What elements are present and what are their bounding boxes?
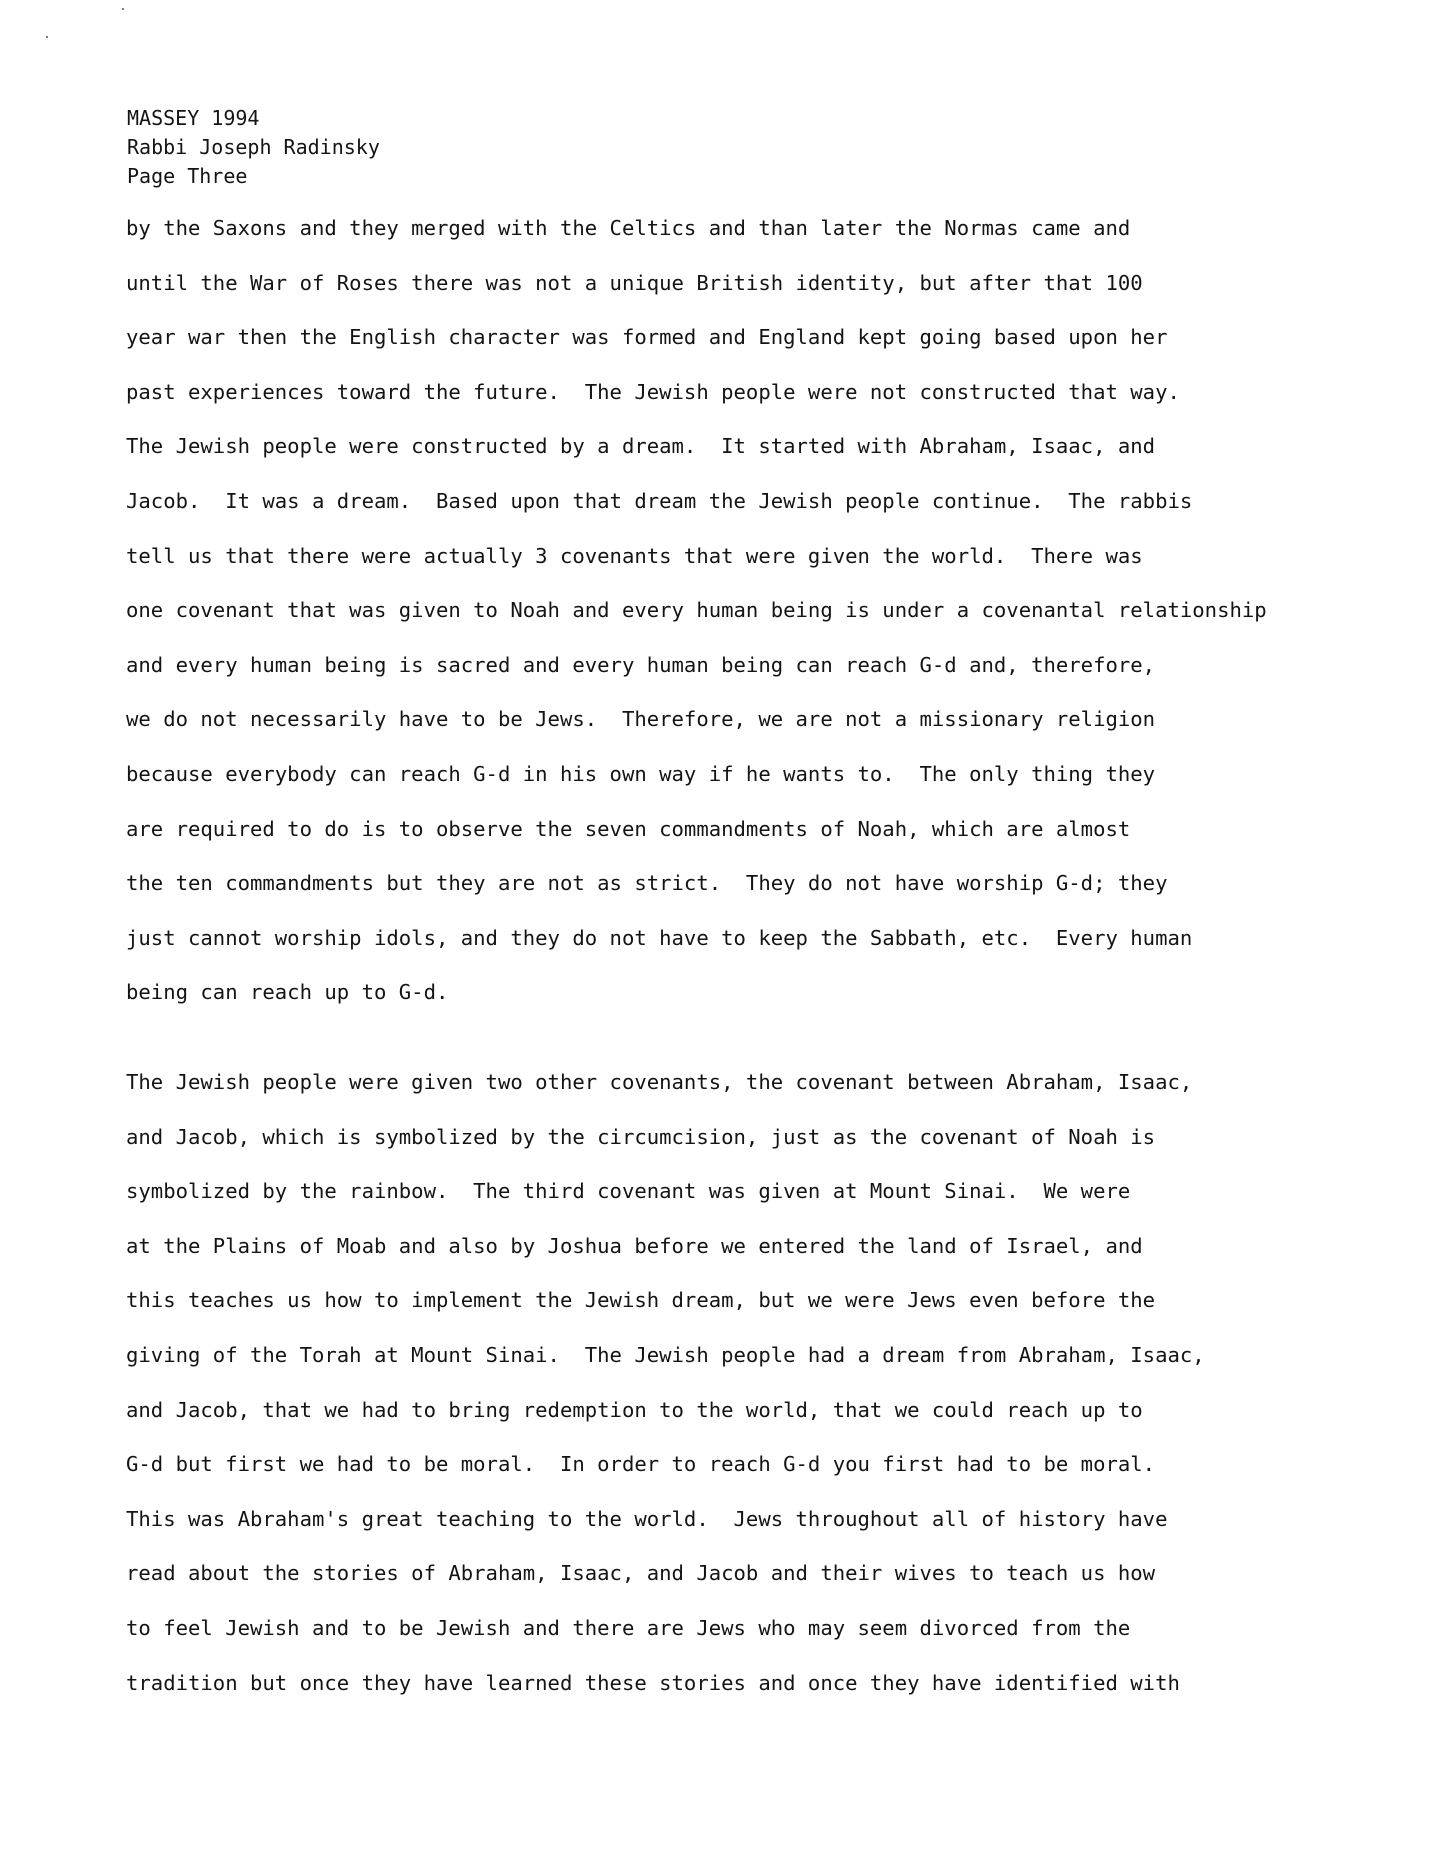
text-line: symbolized by the rainbow. The third cov… [126, 1176, 1130, 1206]
document-page: MASSEY 1994 Rabbi Joseph Radinsky Page T… [0, 0, 1430, 1851]
text-line: being can reach up to G-d. [126, 977, 448, 1007]
text-line: to feel Jewish and to be Jewish and ther… [126, 1613, 1130, 1643]
text-line: G-d but first we had to be moral. In ord… [126, 1449, 1155, 1479]
text-line: this teaches us how to implement the Jew… [126, 1285, 1155, 1315]
text-line: we do not necessarily have to be Jews. T… [126, 704, 1155, 734]
text-line: by the Saxons and they merged with the C… [126, 213, 1130, 243]
text-line: until the War of Roses there was not a u… [126, 268, 1143, 298]
text-line: read about the stories of Abraham, Isaac… [126, 1558, 1155, 1588]
text-line: are required to do is to observe the sev… [126, 814, 1130, 844]
header-title: MASSEY 1994 [127, 104, 259, 132]
text-line: The Jewish people were given two other c… [126, 1067, 1192, 1097]
header-page-label: Page Three [127, 162, 247, 190]
text-line: giving of the Torah at Mount Sinai. The … [126, 1340, 1205, 1370]
text-line: Jacob. It was a dream. Based upon that d… [126, 486, 1192, 516]
text-line: just cannot worship idols, and they do n… [126, 923, 1192, 953]
text-line: and Jacob, that we had to bring redempti… [126, 1395, 1143, 1425]
scan-speck [122, 8, 124, 10]
text-line: year war then the English character was … [126, 322, 1167, 352]
text-line: This was Abraham's great teaching to the… [126, 1504, 1167, 1534]
text-line: at the Plains of Moab and also by Joshua… [126, 1231, 1143, 1261]
text-line: one covenant that was given to Noah and … [126, 595, 1267, 625]
text-line: the ten commandments but they are not as… [126, 868, 1167, 898]
header-author: Rabbi Joseph Radinsky [127, 133, 380, 161]
text-line: past experiences toward the future. The … [126, 377, 1180, 407]
text-line: The Jewish people were constructed by a … [126, 431, 1155, 461]
scan-speck [46, 36, 48, 38]
text-line: and Jacob, which is symbolized by the ci… [126, 1122, 1155, 1152]
text-line: and every human being is sacred and ever… [126, 650, 1155, 680]
text-line: tradition but once they have learned the… [126, 1668, 1180, 1698]
text-line: tell us that there were actually 3 coven… [126, 541, 1143, 571]
text-line: because everybody can reach G-d in his o… [126, 759, 1155, 789]
